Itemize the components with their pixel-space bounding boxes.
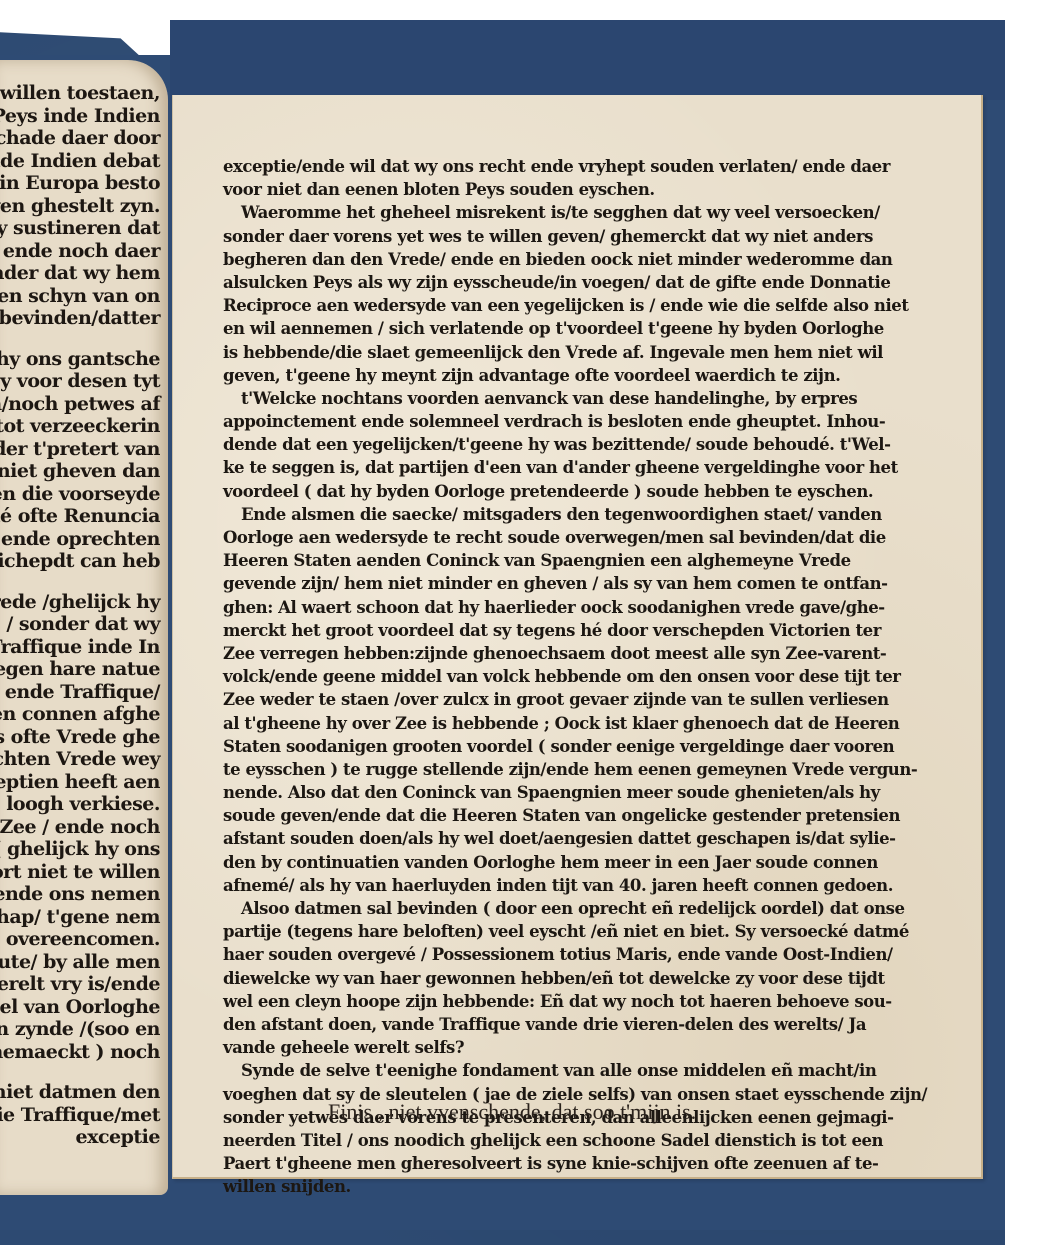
left-page-line: exceptie [76, 1126, 160, 1148]
text-line: appoinctement ende solemneel verdrach is… [223, 410, 903, 433]
text-line: merckt het groot voordeel dat sy tegens … [223, 619, 903, 642]
text-line: Zee weder te staen /over zulcx in groot … [223, 688, 903, 711]
text-line: afstant souden doen/als hy wel doet/aeng… [223, 827, 903, 850]
left-page-line: dispute/ by alle men [0, 951, 160, 973]
text-line: neerden Titel / ons noodich ghelijck een… [223, 1129, 903, 1152]
text-line: Reciproce aen wedersyde van een yegelijc… [223, 294, 903, 317]
left-page-line: mme ons niet gheven dan [0, 460, 160, 482]
text-line: ghen: Al waert schoon dat hy haerlieder … [223, 596, 903, 619]
left-page-line: r tot den Peys inde Indien [0, 105, 160, 127]
left-page-line: de niet datmen den [0, 1081, 160, 1103]
blue-mount-board-top [170, 20, 1005, 100]
left-page-line: ghemaeckt ) noch [0, 1041, 160, 1063]
finis-line: Finis , niet vvenschende, dat soo t'mijn… [328, 1099, 696, 1125]
text-line: en wil aennemen / sich verlatende op t'v… [223, 317, 903, 340]
text-line: exceptie/ende wil dat wy ons recht ende … [223, 155, 903, 178]
text-line: voor niet dan eenen bloten Peys souden e… [223, 178, 903, 201]
left-page-line: e niet en connen afghe [0, 703, 160, 725]
left-page-line: l verclaren die voorseyde [0, 483, 160, 505]
left-page-line: er exceptien heeft aen [0, 771, 160, 793]
text-line: wel een cleyn hoope zijn hebbende: Eñ da… [223, 990, 903, 1013]
text-line: begheren dan den Vrede/ ende en bieden o… [223, 248, 903, 271]
text-line: geven, t'geene hy meynt zijn advantage o… [223, 364, 903, 387]
text-line: Ende alsmen die saecke/ mitsgaders den t… [223, 503, 903, 526]
left-page-line: lycké onder t'pretert van [0, 438, 160, 460]
text-line: Heeren Staten aenden Coninck van Spaengn… [223, 549, 903, 572]
left-page-line: t'ghene wy voor desen tyt [0, 370, 160, 392]
text-line: Alsoo datmen sal bevinden ( door een opr… [223, 897, 903, 920]
text-line: diewelcke wy van haer gewonnen hebben/eñ… [223, 967, 903, 990]
left-page-line: al werden in Europa besto [0, 172, 160, 194]
left-page-line: eys/ende ons nemen [0, 883, 160, 905]
text-line: te eysschen ) te rugge stellende zijn/en… [223, 758, 903, 781]
text-line: Paert t'gheene men gheresolveert is syne… [223, 1152, 903, 1175]
left-page-line: sloten zynde /(soo en [0, 1018, 160, 1040]
left-page-line: e Titulé ofte Renuncia [0, 505, 160, 527]
left-page-line: van wegen hare natue [0, 658, 160, 680]
left-page-line: ' can overeencomen. [0, 928, 160, 950]
left-page-line: vel eenighen schyn van on [0, 285, 160, 307]
left-page: ulet en soude willen toestaen,r tot den … [0, 60, 168, 1195]
text-line: voordeel ( dat hy byden Oorloge pretende… [223, 480, 903, 503]
text-line: soude geven/ende dat die Heeren Staten v… [223, 804, 903, 827]
left-page-line: en gheeft hy ons gantsche [0, 348, 160, 370]
left-page-line: woort niet te willen [0, 861, 160, 883]
left-page-line: oprechten Vrede wey [0, 748, 160, 770]
text-line: den by continuatien vanden Oorloghe hem … [223, 851, 903, 874]
left-page-line: de / ende tot verzeeckerin [0, 415, 160, 437]
left-page-line: ddel van Oorloghe [0, 996, 160, 1018]
text-line: den afstant doen, vande Traffique vande … [223, 1013, 903, 1036]
text-line: sonder daer vorens yet wes te willen gev… [223, 225, 903, 248]
text-line: ke te seggen is, dat partijen d'een van … [223, 456, 903, 479]
left-page-line: ngduerichepdt can heb [0, 550, 160, 572]
left-page-line: nschap/ t'gene nem [0, 906, 160, 928]
text-line: dende dat een yegelijcken/t'geene hy was… [223, 433, 903, 456]
left-page-line: loogh verkiese. [6, 793, 160, 815]
text-line: Oorloge aen wedersyde te recht soude ove… [223, 526, 903, 549]
left-page-line: die Traffique inde In [0, 636, 160, 658]
left-page-line: t is / dat wy sustineren dat [0, 217, 160, 239]
right-page: exceptie/ende wil dat wy ons recht ende … [172, 95, 983, 1179]
right-page-text: exceptie/ende wil dat wy ons recht ende … [223, 155, 903, 1198]
left-page-line: llen sy hare schade daer door [0, 127, 160, 149]
text-line: partije (tegens hare beloften) veel eysc… [223, 920, 903, 943]
text-line: Staten soodanigen grooten voordel ( sond… [223, 735, 903, 758]
left-page-line: e werelt vry is/ende [0, 973, 160, 995]
text-line: vande geheele werelt selfs? [223, 1036, 903, 1059]
text-line: haer souden overgevé / Possessionem toti… [223, 943, 903, 966]
left-page-line: h ter Zee / ende noch [0, 816, 160, 838]
text-line: al t'gheene hy over Zee is hebbende ; Oo… [223, 712, 903, 735]
text-line: t'Welcke nochtans voorden aenvanck van d… [223, 387, 903, 410]
left-page-line: htighen ende oprechten [0, 528, 160, 550]
left-page-line: enen Vrede /ghelijck hy [0, 591, 160, 613]
left-page-line: elen selfs inde Indien debat [0, 150, 160, 172]
left-page-line: ot geven/noch petwes af [0, 393, 160, 415]
left-page-line: alnen wel bevinden/datter [0, 307, 160, 329]
left-page-line: /Peys ofte Vrede ghe [0, 726, 160, 748]
left-page-line: elinge ende Traffique/ [0, 681, 160, 703]
text-line: Waeromme het gheheel misrekent is/te seg… [223, 201, 903, 224]
text-line: volck/ende geene middel van volck hebben… [223, 665, 903, 688]
left-page-line: ens parthyen ghestelt zyn. [0, 195, 160, 217]
text-line: Synde de selve t'eenighe fondament van a… [223, 1059, 903, 1082]
left-page-line: ppe ( ghelijck hy ons [0, 838, 160, 860]
left-page-line: ude afstaen/ ende noch daer [0, 240, 160, 262]
left-page-line: ulet en soude willen toestaen, [0, 82, 160, 104]
text-line: alsulcken Peys als wy zijn eysscheude/in… [223, 271, 903, 294]
text-line: gevende zijn/ hem niet minder en gheven … [223, 572, 903, 595]
text-line: willen snijden. [223, 1175, 903, 1198]
text-line: nende. Also dat den Coninck van Spaengni… [223, 781, 903, 804]
left-page-line: elaten / sonder dat wy hem [0, 262, 160, 284]
left-page-line: die Traffique/met [0, 1104, 160, 1126]
text-line: afnemé/ als hy van haerluyden inden tijt… [223, 874, 903, 897]
left-page-line: verkiese / sonder dat wy [0, 613, 160, 635]
text-line: Zee verregen hebben:zijnde ghenoechsaem … [223, 642, 903, 665]
text-line: is hebbende/die slaet gemeenlijck den Vr… [223, 341, 903, 364]
